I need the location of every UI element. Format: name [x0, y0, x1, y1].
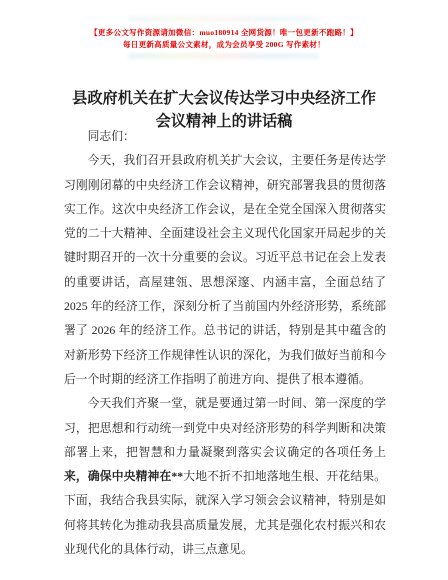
salutation: 同志们： — [64, 124, 386, 148]
paragraph-segment: 今天，我们召开县政府机关扩大会议，主要任务是传达学习刚刚闭幕的中央经济工作会议精… — [64, 153, 386, 386]
paragraph: 今天我们齐聚一堂，就是要通过第一时间、第一深度的学习，把思想和行动统一到党中央对… — [64, 391, 386, 561]
document-body: 同志们： 今天，我们召开县政府机关扩大会议，主要任务是传达学习刚刚闭幕的中央经济… — [64, 124, 386, 561]
faded-ad-line-bottom — [128, 53, 320, 59]
document-title-line1: 县政府机关在扩大会议传达学习中央经济工作 — [36, 87, 412, 110]
document-page: 【更多公文写作资源请加微信：muo180914 全网货源！唯一包更新不跑路！】 … — [0, 0, 448, 580]
page-number: 1 — [0, 542, 448, 552]
body-paragraphs: 今天，我们召开县政府机关扩大会议，主要任务是传达学习刚刚闭幕的中央经济工作会议精… — [64, 148, 386, 561]
paragraph-segment-bold: 来，确保中央精神在** — [64, 469, 183, 483]
ad-line-2: 每日更新高质量公文素材，成为会员享受 200G 写作素材！ — [0, 40, 448, 50]
faded-ad-line-top — [128, 16, 320, 22]
ad-line-1: 【更多公文写作资源请加微信：muo180914 全网货源！唯一包更新不跑路！】 — [0, 28, 448, 38]
paragraph: 今天，我们召开县政府机关扩大会议，主要任务是传达学习刚刚闭幕的中央经济工作会议精… — [64, 148, 386, 391]
paragraph-segment: 今天我们齐聚一堂，就是要通过第一时间、第一深度的学习，把思想和行动统一到党中央对… — [64, 396, 386, 459]
